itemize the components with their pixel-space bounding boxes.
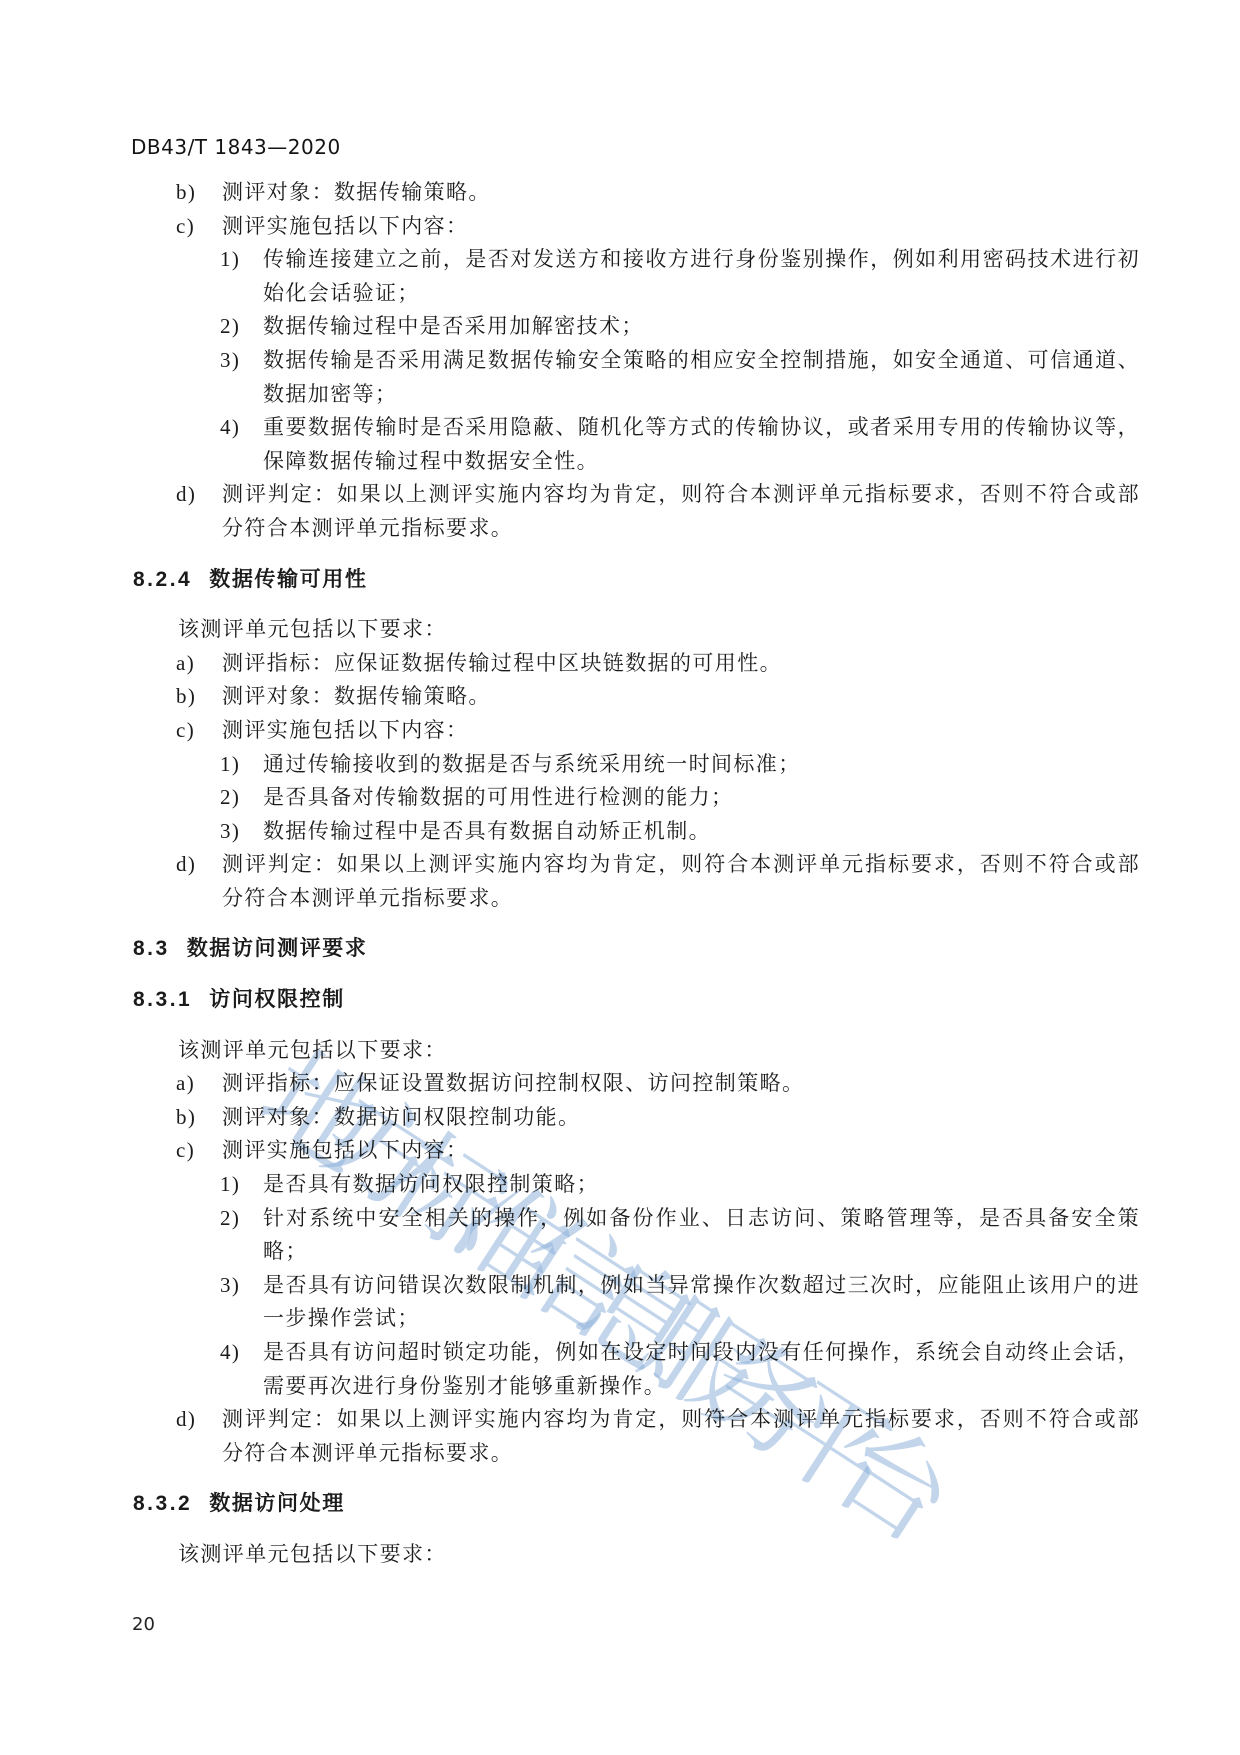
list-item: b)测评对象：数据访问权限控制功能。 bbox=[120, 1101, 1140, 1135]
list-item-text: 通过传输接收到的数据是否与系统采用统一时间标准； bbox=[263, 748, 1140, 782]
list-item: b)测评对象：数据传输策略。 bbox=[120, 680, 1140, 714]
list-item: d)测评判定：如果以上测评实施内容均为肯定，则符合本测评单元指标要求，否则不符合… bbox=[120, 1403, 1140, 1470]
section-title: 访问权限控制 bbox=[209, 988, 345, 1011]
list-item: 2)针对系统中安全相关的操作，例如备份作业、日志访问、策略管理等，是否具备安全策… bbox=[120, 1202, 1140, 1269]
section-number: 8.3 bbox=[133, 937, 170, 960]
section-number: 8.2.4 bbox=[133, 568, 192, 591]
list-item-text: 是否具备对传输数据的可用性进行检测的能力； bbox=[263, 781, 1140, 815]
list-item: 3)数据传输是否采用满足数据传输安全策略的相应安全控制措施，如安全通道、可信通道… bbox=[120, 344, 1140, 411]
list-item-label: a) bbox=[176, 647, 222, 681]
list-item-text: 针对系统中安全相关的操作，例如备份作业、日志访问、策略管理等，是否具备安全策略； bbox=[263, 1202, 1140, 1269]
list-item: 3)是否具有访问错误次数限制机制，例如当异常操作次数超过三次时，应能阻止该用户的… bbox=[120, 1269, 1140, 1336]
list-item-label: 3) bbox=[220, 344, 263, 411]
list-item-text: 重要数据传输时是否采用隐蔽、随机化等方式的传输协议，或者采用专用的传输协议等，保… bbox=[263, 411, 1140, 478]
list-item: c)测评实施包括以下内容： bbox=[120, 714, 1140, 748]
list-item: 1)传输连接建立之前，是否对发送方和接收方进行身份鉴别操作，例如利用密码技术进行… bbox=[120, 243, 1140, 310]
list-item-label: 2) bbox=[220, 1202, 263, 1269]
list-item-label: b) bbox=[176, 1101, 222, 1135]
list-item-label: b) bbox=[176, 680, 222, 714]
list-item-text: 测评对象：数据访问权限控制功能。 bbox=[222, 1101, 1140, 1135]
list-item-text: 测评判定：如果以上测评实施内容均为肯定，则符合本测评单元指标要求，否则不符合或部… bbox=[222, 478, 1140, 545]
list-item-label: c) bbox=[176, 210, 222, 244]
section-title: 数据传输可用性 bbox=[209, 568, 367, 591]
list-item-text: 测评判定：如果以上测评实施内容均为肯定，则符合本测评单元指标要求，否则不符合或部… bbox=[222, 1403, 1140, 1470]
list-item-text: 测评实施包括以下内容： bbox=[222, 210, 1140, 244]
list-item-text: 测评对象：数据传输策略。 bbox=[222, 176, 1140, 210]
list-item-text: 测评实施包括以下内容： bbox=[222, 714, 1140, 748]
list-item: d)测评判定：如果以上测评实施内容均为肯定，则符合本测评单元指标要求，否则不符合… bbox=[120, 848, 1140, 915]
list-item-label: 4) bbox=[220, 1336, 263, 1403]
paragraph: 该测评单元包括以下要求： bbox=[120, 1538, 1140, 1572]
list-item: 4)是否具有访问超时锁定功能，例如在设定时间段内没有任何操作，系统会自动终止会话… bbox=[120, 1336, 1140, 1403]
list-item: 1)通过传输接收到的数据是否与系统采用统一时间标准； bbox=[120, 748, 1140, 782]
paragraph: 该测评单元包括以下要求： bbox=[120, 613, 1140, 647]
list-item-text: 数据传输过程中是否采用加解密技术； bbox=[263, 310, 1140, 344]
list-item-label: d) bbox=[176, 848, 222, 915]
section-heading: 8.2.4数据传输可用性 bbox=[120, 563, 1140, 597]
list-item: b)测评对象：数据传输策略。 bbox=[120, 176, 1140, 210]
section-title: 数据访问处理 bbox=[209, 1492, 345, 1515]
list-item: 1)是否具有数据访问权限控制策略； bbox=[120, 1168, 1140, 1202]
list-item-text: 测评指标：应保证数据传输过程中区块链数据的可用性。 bbox=[222, 647, 1140, 681]
list-item: 3)数据传输过程中是否具有数据自动矫正机制。 bbox=[120, 815, 1140, 849]
section-heading: 8.3.2数据访问处理 bbox=[120, 1487, 1140, 1521]
list-item-label: 2) bbox=[220, 781, 263, 815]
section-number: 8.3.2 bbox=[133, 1492, 192, 1515]
list-item: 2)数据传输过程中是否采用加解密技术； bbox=[120, 310, 1140, 344]
list-item-label: 1) bbox=[220, 1168, 263, 1202]
list-item-text: 测评判定：如果以上测评实施内容均为肯定，则符合本测评单元指标要求，否则不符合或部… bbox=[222, 848, 1140, 915]
list-item-text: 是否具有访问超时锁定功能，例如在设定时间段内没有任何操作，系统会自动终止会话，需… bbox=[263, 1336, 1140, 1403]
list-item: c)测评实施包括以下内容： bbox=[120, 210, 1140, 244]
list-item-text: 是否具有数据访问权限控制策略； bbox=[263, 1168, 1140, 1202]
list-item-label: 4) bbox=[220, 411, 263, 478]
list-item-label: 1) bbox=[220, 748, 263, 782]
list-item-label: c) bbox=[176, 714, 222, 748]
list-item: 4)重要数据传输时是否采用隐蔽、随机化等方式的传输协议，或者采用专用的传输协议等… bbox=[120, 411, 1140, 478]
list-item-label: b) bbox=[176, 176, 222, 210]
list-item-text: 是否具有访问错误次数限制机制，例如当异常操作次数超过三次时，应能阻止该用户的进一… bbox=[263, 1269, 1140, 1336]
list-item-label: 2) bbox=[220, 310, 263, 344]
list-item-label: d) bbox=[176, 478, 222, 545]
list-item: 2)是否具备对传输数据的可用性进行检测的能力； bbox=[120, 781, 1140, 815]
list-item: c)测评实施包括以下内容： bbox=[120, 1134, 1140, 1168]
list-item-text: 测评实施包括以下内容： bbox=[222, 1134, 1140, 1168]
section-number: 8.3.1 bbox=[133, 988, 192, 1011]
section-heading: 8.3.1访问权限控制 bbox=[120, 983, 1140, 1017]
list-item-label: 3) bbox=[220, 1269, 263, 1336]
paragraph: 该测评单元包括以下要求： bbox=[120, 1034, 1140, 1068]
list-item-text: 测评指标：应保证设置数据访问控制权限、访问控制策略。 bbox=[222, 1067, 1140, 1101]
list-item-label: d) bbox=[176, 1403, 222, 1470]
list-item-label: c) bbox=[176, 1134, 222, 1168]
document-body: b)测评对象：数据传输策略。c)测评实施包括以下内容：1)传输连接建立之前，是否… bbox=[120, 176, 1140, 1572]
section-title: 数据访问测评要求 bbox=[187, 937, 368, 960]
document-code: DB43/T 1843—2020 bbox=[131, 135, 341, 159]
list-item-text: 数据传输过程中是否具有数据自动矫正机制。 bbox=[263, 815, 1140, 849]
list-item-label: 3) bbox=[220, 815, 263, 849]
list-item: a)测评指标：应保证数据传输过程中区块链数据的可用性。 bbox=[120, 647, 1140, 681]
list-item-label: a) bbox=[176, 1067, 222, 1101]
list-item: a)测评指标：应保证设置数据访问控制权限、访问控制策略。 bbox=[120, 1067, 1140, 1101]
list-item-label: 1) bbox=[220, 243, 263, 310]
list-item-text: 测评对象：数据传输策略。 bbox=[222, 680, 1140, 714]
page-number: 20 bbox=[132, 1614, 155, 1635]
list-item-text: 传输连接建立之前，是否对发送方和接收方进行身份鉴别操作，例如利用密码技术进行初始… bbox=[263, 243, 1140, 310]
list-item-text: 数据传输是否采用满足数据传输安全策略的相应安全控制措施，如安全通道、可信通道、数… bbox=[263, 344, 1140, 411]
list-item: d)测评判定：如果以上测评实施内容均为肯定，则符合本测评单元指标要求，否则不符合… bbox=[120, 478, 1140, 545]
section-heading: 8.3数据访问测评要求 bbox=[120, 932, 1140, 966]
